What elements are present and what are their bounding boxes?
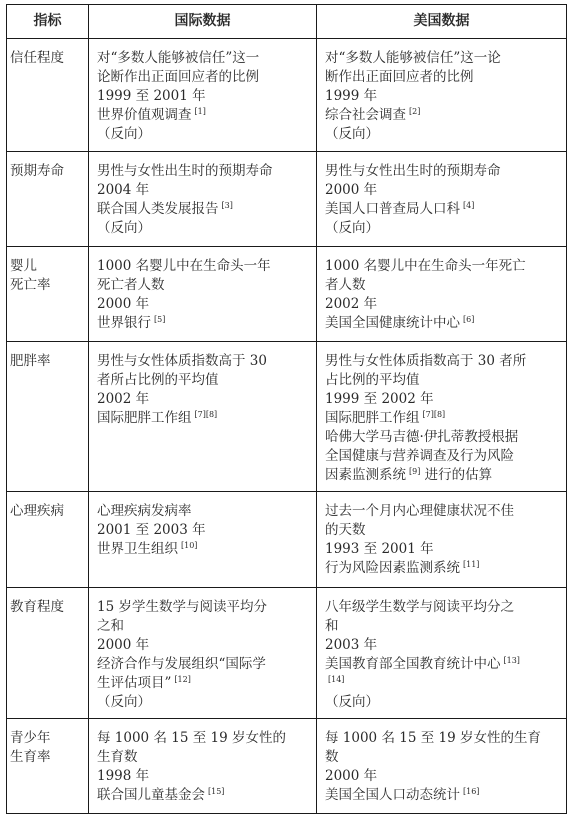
cell-text: 1999 至 2001 年 xyxy=(97,88,206,104)
citation-ref: [12] xyxy=(174,675,190,684)
cell-text: 男性与女性出生时的预期寿命 xyxy=(97,163,273,179)
cell-line: 论断作出正面回应者的比例 xyxy=(97,68,308,87)
cell-line: 国际肥胖工作组[7][8] xyxy=(97,409,308,428)
cell-text: 2003 年 xyxy=(325,637,377,653)
cell-text: 经济合作与发展组织“国际学 xyxy=(97,656,266,672)
cell-text: 世界银行 xyxy=(97,315,151,331)
cell-text: 死亡者人数 xyxy=(97,277,165,293)
indicator-label: 预期寿命 xyxy=(10,162,86,181)
cell-line: 生评估项目”[12] xyxy=(97,674,308,693)
us-data-cell: 1000 名婴儿中在生命头一年死亡者人数2002 年美国全国健康统计中心[6] xyxy=(317,247,567,342)
cell-line: 世界卫生组织[10] xyxy=(97,540,308,559)
cell-text: 美国人口普查局人口科 xyxy=(325,201,460,217)
indicator-label: 婴儿 xyxy=(10,257,86,276)
cell-line: 占比例的平均值 xyxy=(325,371,558,390)
table-row: 青少年生育率每 1000 名 15 至 19 岁女性的生育数1998 年联合国儿… xyxy=(7,719,567,814)
cell-text: 数 xyxy=(325,749,339,765)
cell-line: 2000 年 xyxy=(97,636,308,655)
cell-text: 八年级学生数学与阅读平均分之 xyxy=(325,599,514,615)
cell-line: 和 xyxy=(325,617,558,636)
cell-line: 1999 至 2001 年 xyxy=(97,87,308,106)
cell-line: 2001 至 2003 年 xyxy=(97,521,308,540)
cell-text: 生评估项目” xyxy=(97,675,171,691)
cell-line: 联合国儿童基金会[15] xyxy=(97,786,308,805)
indicator-label: 生育率 xyxy=(10,748,86,767)
cell-line: 者人数 xyxy=(325,276,558,295)
international-data-cell: 1000 名婴儿中在生命头一年死亡者人数2000 年世界银行[5] xyxy=(89,247,317,342)
cell-line: 2002 年 xyxy=(97,390,308,409)
cell-text: 1999 年 xyxy=(325,88,377,104)
citation-ref: [7][8] xyxy=(195,410,218,419)
cell-line: 联合国人类发展报告[3] xyxy=(97,200,308,219)
international-data-cell: 每 1000 名 15 至 19 岁女性的生育数1998 年联合国儿童基金会[1… xyxy=(89,719,317,814)
cell-line: 之和 xyxy=(97,617,308,636)
header-international-data: 国际数据 xyxy=(89,5,317,39)
cell-text: 1998 年 xyxy=(97,768,149,784)
cell-text: 美国全国人口动态统计 xyxy=(325,787,460,803)
cell-text: 1000 名婴儿中在生命头一年死亡 xyxy=(325,258,526,274)
cell-line: 八年级学生数学与阅读平均分之 xyxy=(325,598,558,617)
cell-text: （反向） xyxy=(325,126,379,142)
cell-line: 每 1000 名 15 至 19 岁女性的 xyxy=(97,729,308,748)
international-data-cell: 心理疾病发病率2001 至 2003 年世界卫生组织[10] xyxy=(89,492,317,588)
table-row: 肥胖率男性与女性体质指数高于 30者所占比例的平均值2002 年国际肥胖工作组[… xyxy=(7,342,567,492)
cell-line: [14] xyxy=(325,674,558,693)
indicator-cell: 心理疾病 xyxy=(7,492,89,588)
cell-text: 者所占比例的平均值 xyxy=(97,372,219,388)
cell-text: 论断作出正面回应者的比例 xyxy=(97,69,259,85)
cell-text: 之和 xyxy=(97,618,124,634)
cell-text: 生育数 xyxy=(97,749,138,765)
indicator-label: 教育程度 xyxy=(10,598,86,617)
cell-text: 美国教育部全国教育统计中心 xyxy=(325,656,501,672)
table-row: 信任程度对“多数人能够被信任”这一论断作出正面回应者的比例1999 至 2001… xyxy=(7,39,567,152)
indicator-label: 信任程度 xyxy=(10,49,86,68)
cell-line: 行为风险因素监测系统[11] xyxy=(325,559,558,578)
cell-line: （反向） xyxy=(325,693,558,712)
cell-line: 1999 至 2002 年 xyxy=(325,390,558,409)
cell-line: （反向） xyxy=(325,219,558,238)
citation-ref: [2] xyxy=(409,107,420,116)
cell-text: 国际肥胖工作组 xyxy=(97,410,192,426)
cell-line: 国际肥胖工作组[7][8] xyxy=(325,409,558,428)
cell-line: 1000 名婴儿中在生命头一年死亡 xyxy=(325,257,558,276)
cell-text: 2000 年 xyxy=(97,637,149,653)
cell-line: 男性与女性出生时的预期寿命 xyxy=(97,162,308,181)
cell-text: （反向） xyxy=(97,220,151,236)
cell-text: 综合社会调查 xyxy=(325,107,406,123)
cell-text: 2000 年 xyxy=(97,296,149,312)
cell-line: 美国人口普查局人口科[4] xyxy=(325,200,558,219)
cell-line: 2000 年 xyxy=(325,181,558,200)
cell-text: 全国健康与营养调查及行为风险 xyxy=(325,448,514,464)
citation-ref: [14] xyxy=(328,675,344,684)
cell-text-after: 进行的估算 xyxy=(420,467,492,483)
cell-line: 死亡者人数 xyxy=(97,276,308,295)
cell-line: 心理疾病发病率 xyxy=(97,502,308,521)
indicator-cell: 教育程度 xyxy=(7,588,89,719)
indicator-cell: 预期寿命 xyxy=(7,152,89,247)
citation-ref: [9] xyxy=(409,467,420,476)
cell-line: 的天数 xyxy=(325,521,558,540)
cell-text: 每 1000 名 15 至 19 岁女性的 xyxy=(97,730,286,746)
cell-line: （反向） xyxy=(325,125,558,144)
cell-line: 因素监测系统[9] 进行的估算 xyxy=(325,466,558,485)
us-data-cell: 每 1000 名 15 至 19 岁女性的生育数2000 年美国全国人口动态统计… xyxy=(317,719,567,814)
cell-text: 2004 年 xyxy=(97,182,149,198)
citation-ref: [5] xyxy=(154,315,165,324)
cell-text: 的天数 xyxy=(325,522,366,538)
us-data-cell: 八年级学生数学与阅读平均分之和2003 年美国教育部全国教育统计中心[13][1… xyxy=(317,588,567,719)
cell-line: 经济合作与发展组织“国际学 xyxy=(97,655,308,674)
citation-ref: [1] xyxy=(195,107,206,116)
international-data-cell: 15 岁学生数学与阅读平均分之和2000 年经济合作与发展组织“国际学生评估项目… xyxy=(89,588,317,719)
header-us-data: 美国数据 xyxy=(317,5,567,39)
cell-line: 2000 年 xyxy=(325,767,558,786)
cell-text: 心理疾病发病率 xyxy=(97,503,192,519)
cell-line: 全国健康与营养调查及行为风险 xyxy=(325,447,558,466)
table-row: 心理疾病心理疾病发病率2001 至 2003 年世界卫生组织[10]过去一个月内… xyxy=(7,492,567,588)
cell-line: 男性与女性出生时的预期寿命 xyxy=(325,162,558,181)
cell-text: 2001 至 2003 年 xyxy=(97,522,206,538)
international-data-cell: 对“多数人能够被信任”这一论断作出正面回应者的比例1999 至 2001 年世界… xyxy=(89,39,317,152)
cell-line: 15 岁学生数学与阅读平均分 xyxy=(97,598,308,617)
citation-ref: [7][8] xyxy=(423,410,446,419)
cell-text: 联合国儿童基金会 xyxy=(97,787,205,803)
international-data-cell: 男性与女性体质指数高于 30者所占比例的平均值2002 年国际肥胖工作组[7][… xyxy=(89,342,317,492)
citation-ref: [4] xyxy=(463,201,474,210)
cell-text: 和 xyxy=(325,618,339,634)
cell-line: （反向） xyxy=(97,219,308,238)
citation-ref: [16] xyxy=(463,787,479,796)
citation-ref: [13] xyxy=(504,656,520,665)
cell-line: 2004 年 xyxy=(97,181,308,200)
indicator-label: 心理疾病 xyxy=(10,502,86,521)
cell-line: 1993 至 2001 年 xyxy=(325,540,558,559)
cell-text: 联合国人类发展报告 xyxy=(97,201,219,217)
cell-line: 世界银行[5] xyxy=(97,314,308,333)
cell-text: 2000 年 xyxy=(325,182,377,198)
cell-line: 对“多数人能够被信任”这一论 xyxy=(325,49,558,68)
cell-line: 2002 年 xyxy=(325,295,558,314)
cell-text: 2000 年 xyxy=(325,768,377,784)
cell-text: （反向） xyxy=(325,694,379,710)
cell-text: 男性与女性出生时的预期寿命 xyxy=(325,163,501,179)
header-row: 指标 国际数据 美国数据 xyxy=(7,5,567,39)
citation-ref: [6] xyxy=(463,315,474,324)
cell-text: 因素监测系统 xyxy=(325,467,406,483)
cell-text: 行为风险因素监测系统 xyxy=(325,560,460,576)
table-row: 预期寿命男性与女性出生时的预期寿命2004 年联合国人类发展报告[3]（反向）男… xyxy=(7,152,567,247)
us-data-cell: 男性与女性体质指数高于 30 者所占比例的平均值1999 至 2002 年国际肥… xyxy=(317,342,567,492)
cell-text: 世界卫生组织 xyxy=(97,541,178,557)
cell-line: 者所占比例的平均值 xyxy=(97,371,308,390)
cell-line: 2000 年 xyxy=(97,295,308,314)
cell-line: （反向） xyxy=(97,125,308,144)
cell-text: （反向） xyxy=(325,220,379,236)
cell-line: 过去一个月内心理健康状况不佳 xyxy=(325,502,558,521)
cell-line: 1999 年 xyxy=(325,87,558,106)
cell-line: 世界价值观调查[1] xyxy=(97,106,308,125)
cell-text: 15 岁学生数学与阅读平均分 xyxy=(97,599,267,615)
cell-line: 男性与女性体质指数高于 30 者所 xyxy=(325,352,558,371)
cell-text: 男性与女性体质指数高于 30 者所 xyxy=(325,353,526,369)
cell-line: 男性与女性体质指数高于 30 xyxy=(97,352,308,371)
cell-line: 综合社会调查[2] xyxy=(325,106,558,125)
citation-ref: [11] xyxy=(463,560,479,569)
cell-line: 数 xyxy=(325,748,558,767)
cell-line: 2003 年 xyxy=(325,636,558,655)
cell-text: 者人数 xyxy=(325,277,366,293)
cell-text: 2002 年 xyxy=(325,296,377,312)
table-body: 信任程度对“多数人能够被信任”这一论断作出正面回应者的比例1999 至 2001… xyxy=(7,39,567,814)
indicator-label: 死亡率 xyxy=(10,276,86,295)
indicator-cell: 婴儿死亡率 xyxy=(7,247,89,342)
indicator-cell: 信任程度 xyxy=(7,39,89,152)
cell-text: 每 1000 名 15 至 19 岁女性的生育 xyxy=(325,730,541,746)
cell-text: 2002 年 xyxy=(97,391,149,407)
cell-line: 哈佛大学马吉德·伊扎蒂教授根据 xyxy=(325,428,558,447)
citation-ref: [10] xyxy=(181,541,197,550)
cell-text: （反向） xyxy=(97,126,151,142)
cell-text: 1993 至 2001 年 xyxy=(325,541,434,557)
us-data-cell: 过去一个月内心理健康状况不佳的天数1993 至 2001 年行为风险因素监测系统… xyxy=(317,492,567,588)
cell-text: 哈佛大学马吉德·伊扎蒂教授根据 xyxy=(325,429,518,445)
table-row: 教育程度15 岁学生数学与阅读平均分之和2000 年经济合作与发展组织“国际学生… xyxy=(7,588,567,719)
international-data-cell: 男性与女性出生时的预期寿命2004 年联合国人类发展报告[3]（反向） xyxy=(89,152,317,247)
cell-line: 对“多数人能够被信任”这一 xyxy=(97,49,308,68)
cell-text: 对“多数人能够被信任”这一论 xyxy=(325,50,501,66)
cell-text: 美国全国健康统计中心 xyxy=(325,315,460,331)
comparison-table: 指标 国际数据 美国数据 信任程度对“多数人能够被信任”这一论断作出正面回应者的… xyxy=(6,4,567,814)
us-data-cell: 男性与女性出生时的预期寿命2000 年美国人口普查局人口科[4]（反向） xyxy=(317,152,567,247)
cell-line: 1998 年 xyxy=(97,767,308,786)
cell-text: 断作出正面回应者的比例 xyxy=(325,69,474,85)
cell-text: 占比例的平均值 xyxy=(325,372,420,388)
cell-line: 断作出正面回应者的比例 xyxy=(325,68,558,87)
cell-text: 1999 至 2002 年 xyxy=(325,391,434,407)
indicator-cell: 青少年生育率 xyxy=(7,719,89,814)
cell-line: 美国教育部全国教育统计中心[13] xyxy=(325,655,558,674)
indicator-label: 青少年 xyxy=(10,729,86,748)
table-row: 婴儿死亡率1000 名婴儿中在生命头一年死亡者人数2000 年世界银行[5]10… xyxy=(7,247,567,342)
citation-ref: [3] xyxy=(222,201,233,210)
cell-text: 男性与女性体质指数高于 30 xyxy=(97,353,267,369)
cell-line: 1000 名婴儿中在生命头一年 xyxy=(97,257,308,276)
cell-text: 过去一个月内心理健康状况不佳 xyxy=(325,503,514,519)
cell-line: （反向） xyxy=(97,693,308,712)
cell-text: 国际肥胖工作组 xyxy=(325,410,420,426)
cell-line: 美国全国健康统计中心[6] xyxy=(325,314,558,333)
cell-text: 对“多数人能够被信任”这一 xyxy=(97,50,259,66)
citation-ref: [15] xyxy=(208,787,224,796)
cell-text: 1000 名婴儿中在生命头一年 xyxy=(97,258,271,274)
indicator-label: 肥胖率 xyxy=(10,352,86,371)
cell-line: 美国全国人口动态统计[16] xyxy=(325,786,558,805)
cell-text: （反向） xyxy=(97,694,151,710)
cell-line: 每 1000 名 15 至 19 岁女性的生育 xyxy=(325,729,558,748)
header-indicator: 指标 xyxy=(7,5,89,39)
us-data-cell: 对“多数人能够被信任”这一论断作出正面回应者的比例1999 年综合社会调查[2]… xyxy=(317,39,567,152)
cell-line: 生育数 xyxy=(97,748,308,767)
indicator-cell: 肥胖率 xyxy=(7,342,89,492)
cell-text: 世界价值观调查 xyxy=(97,107,192,123)
